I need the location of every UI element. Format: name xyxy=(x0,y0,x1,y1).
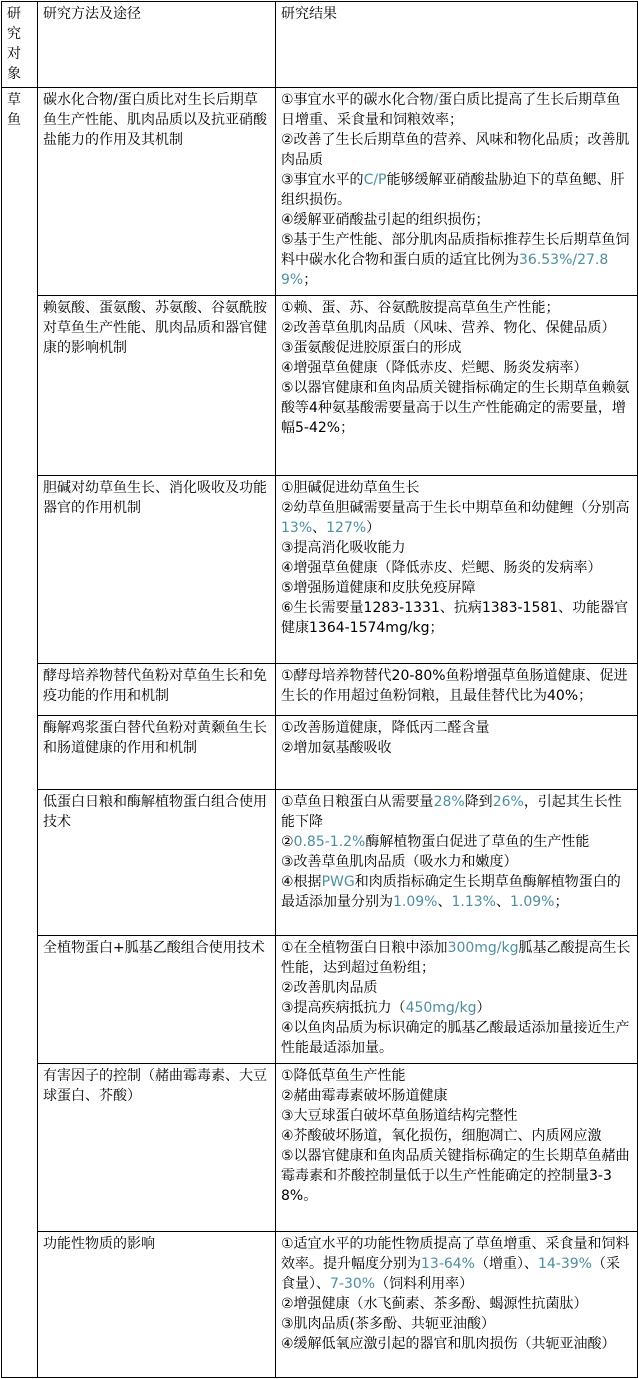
header-row: 研 究 对 象 研究方法及途径 研究结果 xyxy=(2,2,638,88)
result-paragraph: ②改善草鱼肌肉品质（风味、营养、物化、保健品质） xyxy=(281,318,633,338)
document-page: 研 究 对 象 研究方法及途径 研究结果 草 鱼碳水化合物/蛋白质比对生长后期草… xyxy=(0,0,638,1379)
result-paragraph: ①适宜水平的功能性物质提高了草鱼增重、采食量和饲料效率。提升幅度分别为13-64… xyxy=(281,1234,633,1294)
result-paragraph: ④缓解亚硝酸盐引起的组织损伤； xyxy=(281,210,633,230)
table-row: 胆碱对幼草鱼生长、消化吸收及功能器官的作用机制①胆碱促进幼草鱼生长②幼草鱼胆碱需… xyxy=(2,476,638,664)
subject-cell: 草 鱼 xyxy=(2,88,38,1378)
table-body: 草 鱼碳水化合物/蛋白质比对生长后期草鱼生产性能、肌肉品质以及抗亚硝酸盐能力的作… xyxy=(2,88,638,1378)
table-row: 功能性物质的影响①适宜水平的功能性物质提高了草鱼增重、采食量和饲料效率。提升幅度… xyxy=(2,1232,638,1378)
result-paragraph: ②增强健康（水飞蓟素、茶多酚、蝎源性抗菌肽） xyxy=(281,1294,633,1314)
result-paragraph: ①改善肠道健康，降低丙二醛含量 xyxy=(281,718,633,738)
result-paragraph: ③提高疾病抵抗力（450mg/kg） xyxy=(281,998,633,1018)
table-row: 赖氨酸、蛋氨酸、苏氨酸、谷氨酰胺对草鱼生产性能、肌肉品质和器官健康的影响机制①赖… xyxy=(2,296,638,476)
result-paragraph: ①酵母培养物替代20-80%鱼粉增强草鱼肠道健康、促进生长的作用超过鱼粉饲粮，且… xyxy=(281,666,633,706)
result-paragraph: ①在全植物蛋白日粮中添加300mg/kg胍基乙酸提高生长性能，达到超过鱼粉组； xyxy=(281,938,633,978)
result-paragraph: ②增加氨基酸吸收 xyxy=(281,738,633,758)
result-paragraph: ②改善肌肉品质 xyxy=(281,978,633,998)
result-paragraph: ④增强草鱼健康（降低赤皮、烂鳃、肠炎发病率） xyxy=(281,358,633,378)
result-paragraph: ③大豆球蛋白破坏草鱼肠道结构完整性 xyxy=(281,1106,633,1126)
result-paragraph: ⑥生长需要量1283-1331、抗病1383-1581、功能器官健康1364-1… xyxy=(281,598,633,638)
result-paragraph: ①草鱼日粮蛋白从需要量28%降到26%，引起其生长性能下降 xyxy=(281,792,633,832)
column-header-subject: 研 究 对 象 xyxy=(2,2,38,88)
result-paragraph: ③事宜水平的C/P能够缓解亚硝酸盐胁迫下的草鱼鳃、肝组织损伤。 xyxy=(281,170,633,210)
method-cell: 低蛋白日粮和酶解植物蛋白组合使用技术 xyxy=(38,790,276,936)
research-table: 研 究 对 象 研究方法及途径 研究结果 草 鱼碳水化合物/蛋白质比对生长后期草… xyxy=(1,1,638,1378)
column-header-method: 研究方法及途径 xyxy=(38,2,276,88)
method-cell: 胆碱对幼草鱼生长、消化吸收及功能器官的作用机制 xyxy=(38,476,276,664)
table-row: 草 鱼碳水化合物/蛋白质比对生长后期草鱼生产性能、肌肉品质以及抗亚硝酸盐能力的作… xyxy=(2,88,638,296)
result-paragraph: ③肌肉品质(茶多酚、共轭亚油酸） xyxy=(281,1314,633,1334)
method-cell: 酶解鸡浆蛋白替代鱼粉对黄颡鱼生长和肠道健康的作用和机制 xyxy=(38,716,276,790)
result-paragraph: ②赭曲霉毒素破坏肠道健康 xyxy=(281,1086,633,1106)
result-cell: ①改善肠道健康，降低丙二醛含量②增加氨基酸吸收 xyxy=(276,716,638,790)
result-paragraph: ④芥酸破坏肠道，氧化损伤，细胞凋亡、内质网应激 xyxy=(281,1126,633,1146)
method-cell: 有害因子的控制（赭曲霉毒素、大豆球蛋白、芥酸） xyxy=(38,1064,276,1232)
result-cell: ①适宜水平的功能性物质提高了草鱼增重、采食量和饲料效率。提升幅度分别为13-64… xyxy=(276,1232,638,1378)
result-paragraph: ④根据PWG和肉质指标确定生长期草鱼酶解植物蛋白的最适添加量分别为1.09%、1… xyxy=(281,872,633,912)
result-paragraph: ③提高消化吸收能力 xyxy=(281,538,633,558)
result-paragraph: ①胆碱促进幼草鱼生长 xyxy=(281,478,633,498)
method-cell: 碳水化合物/蛋白质比对生长后期草鱼生产性能、肌肉品质以及抗亚硝酸盐能力的作用及其… xyxy=(38,88,276,296)
result-cell: ①胆碱促进幼草鱼生长②幼草鱼胆碱需要量高于生长中期草鱼和幼健鲤（分别高13%、1… xyxy=(276,476,638,664)
result-cell: ①草鱼日粮蛋白从需要量28%降到26%，引起其生长性能下降②0.85-1.2%酶… xyxy=(276,790,638,936)
result-cell: ①事宜水平的碳水化合物/蛋白质比提高了生长后期草鱼日增重、采食量和饲粮效率；②改… xyxy=(276,88,638,296)
table-row: 酵母培养物替代鱼粉对草鱼生长和免疫功能的作用和机制①酵母培养物替代20-80%鱼… xyxy=(2,664,638,716)
result-cell: ①酵母培养物替代20-80%鱼粉增强草鱼肠道健康、促进生长的作用超过鱼粉饲粮，且… xyxy=(276,664,638,716)
method-cell: 全植物蛋白+胍基乙酸组合使用技术 xyxy=(38,936,276,1064)
result-paragraph: ⑤增强肠道健康和皮肤免疫屏障 xyxy=(281,578,633,598)
column-header-result: 研究结果 xyxy=(276,2,638,88)
result-paragraph: ④增强草鱼健康（降低赤皮、烂鳃、肠炎的发病率） xyxy=(281,558,633,578)
result-cell: ①降低草鱼生产性能②赭曲霉毒素破坏肠道健康③大豆球蛋白破坏草鱼肠道结构完整性④芥… xyxy=(276,1064,638,1232)
result-paragraph: ②0.85-1.2%酶解植物蛋白促进了草鱼的生产性能 xyxy=(281,832,633,852)
result-paragraph: ①赖、蛋、苏、谷氨酰胺提高草鱼生产性能； xyxy=(281,298,633,318)
result-paragraph: ⑤以器官健康和鱼肉品质关键指标确定的生长期草鱼赭曲霉毒素和芥酸控制量低于以生产性… xyxy=(281,1146,633,1206)
result-paragraph: ③蛋氨酸促进胶原蛋白的形成 xyxy=(281,338,633,358)
result-paragraph: ⑤以器官健康和鱼肉品质关键指标确定的生长期草鱼赖氨酸等4种氨基酸需要量高于以生产… xyxy=(281,378,633,438)
table-row: 全植物蛋白+胍基乙酸组合使用技术①在全植物蛋白日粮中添加300mg/kg胍基乙酸… xyxy=(2,936,638,1064)
result-cell: ①赖、蛋、苏、谷氨酰胺提高草鱼生产性能；②改善草鱼肌肉品质（风味、营养、物化、保… xyxy=(276,296,638,476)
result-paragraph: ②幼草鱼胆碱需要量高于生长中期草鱼和幼健鲤（分别高13%、127%） xyxy=(281,498,633,538)
method-cell: 赖氨酸、蛋氨酸、苏氨酸、谷氨酰胺对草鱼生产性能、肌肉品质和器官健康的影响机制 xyxy=(38,296,276,476)
method-cell: 功能性物质的影响 xyxy=(38,1232,276,1378)
result-cell: ①在全植物蛋白日粮中添加300mg/kg胍基乙酸提高生长性能，达到超过鱼粉组；②… xyxy=(276,936,638,1064)
result-paragraph: ③改善草鱼肌肉品质（吸水力和嫩度） xyxy=(281,852,633,872)
result-paragraph: ①事宜水平的碳水化合物/蛋白质比提高了生长后期草鱼日增重、采食量和饲粮效率； xyxy=(281,90,633,130)
result-paragraph: ①降低草鱼生产性能 xyxy=(281,1066,633,1086)
result-paragraph: ④以鱼肉品质为标识确定的胍基乙酸最适添加量接近生产性能最适添加量。 xyxy=(281,1018,633,1058)
result-paragraph: ④缓解低氧应激引起的器官和肌肉损伤（共轭亚油酸） xyxy=(281,1334,633,1354)
method-cell: 酵母培养物替代鱼粉对草鱼生长和免疫功能的作用和机制 xyxy=(38,664,276,716)
table-row: 有害因子的控制（赭曲霉毒素、大豆球蛋白、芥酸）①降低草鱼生产性能②赭曲霉毒素破坏… xyxy=(2,1064,638,1232)
result-paragraph: ②改善了生长后期草鱼的营养、风味和物化品质；改善肌肉品质 xyxy=(281,130,633,170)
result-paragraph: ⑤基于生产性能、部分肌肉品质指标推荐生长后期草鱼饲料中碳水化合物和蛋白质的适宜比… xyxy=(281,230,633,290)
table-row: 酶解鸡浆蛋白替代鱼粉对黄颡鱼生长和肠道健康的作用和机制①改善肠道健康，降低丙二醛… xyxy=(2,716,638,790)
table-row: 低蛋白日粮和酶解植物蛋白组合使用技术①草鱼日粮蛋白从需要量28%降到26%，引起… xyxy=(2,790,638,936)
